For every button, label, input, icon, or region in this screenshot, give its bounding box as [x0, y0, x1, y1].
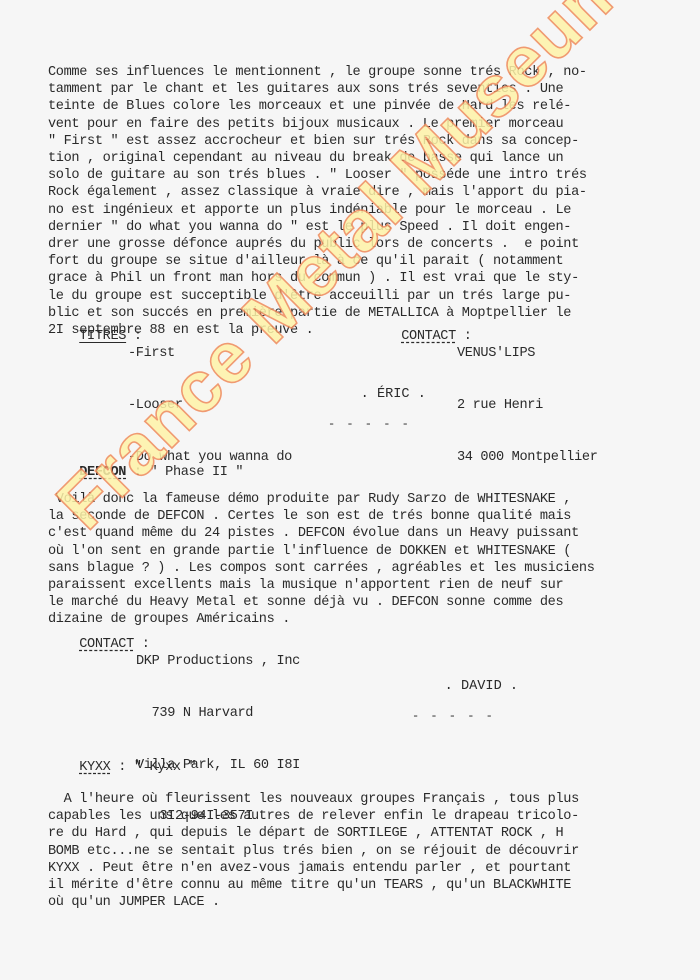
body-line: il mérite d'être connu au même titre qu'…: [48, 877, 579, 894]
signature-eric: . ÉRIC . - - - - -: [328, 369, 426, 462]
body-line: grace à Phil un front man hors du commun…: [48, 270, 587, 287]
body-line: teinte de Blues colore les morceaux et u…: [48, 98, 587, 115]
body-line: dernier " do what you wanna do " est le …: [48, 219, 587, 236]
article3-heading: KYXX : " Kyxx ": [48, 742, 196, 794]
body-line: tamment par le chant et les guitares aux…: [48, 81, 587, 98]
body-line: tion , original cependant au niveau du b…: [48, 150, 587, 167]
body-line: Voilà donc la fameuse démo produite par …: [48, 491, 595, 508]
article2-band-name: DEFCON: [79, 465, 126, 480]
typewritten-page: Comme ses influences le mentionnent , le…: [0, 0, 700, 980]
body-line: re du Hard , qui depuis le départ de SOR…: [48, 825, 579, 842]
body-line: fort du groupe se situe d'ailleur là à c…: [48, 253, 587, 270]
article3-heading-title: : " Kyxx ": [110, 760, 196, 775]
contact1-line: VENUS'LIPS: [457, 345, 598, 362]
article2-body: Voilà donc la fameuse démo produite par …: [48, 491, 595, 629]
body-line: Comme ses influences le mentionnent , le…: [48, 64, 587, 81]
body-line: capables les uns que les autres de relev…: [48, 808, 579, 825]
body-line: A l'heure où fleurissent les nouveaux gr…: [48, 791, 579, 808]
signature-david-text: . DAVID .: [445, 679, 518, 694]
titles-label: TITRES: [79, 329, 126, 344]
body-line: drer une grosse défonce auprés du public…: [48, 236, 587, 253]
body-line: sans blague ? ) . Les compos sont carrée…: [48, 560, 595, 577]
contact2-line: DKP Productions , Inc: [136, 653, 300, 670]
article1-body: Comme ses influences le mentionnent , le…: [48, 64, 587, 339]
body-line: " First " est assez accrocheur et bien s…: [48, 133, 587, 150]
signature-david: . DAVID . - - - - -: [412, 661, 518, 754]
contact1-line: 2 rue Henri: [457, 397, 598, 414]
article3-band-name: KYXX: [79, 760, 110, 775]
contact2-label: CONTACT: [79, 637, 134, 652]
contact2-line: 739 N Harvard: [136, 705, 300, 722]
body-line: le marché du Heavy Metal et sonne déjà v…: [48, 594, 595, 611]
article3-body: A l'heure où fleurissent les nouveaux gr…: [48, 791, 579, 911]
article2-heading-title: : " Phase II ": [126, 465, 243, 480]
body-line: vent pour en faire des petits bijoux mus…: [48, 116, 587, 133]
signature-eric-dashes: - - - - -: [328, 420, 426, 428]
contact1-label: CONTACT: [401, 329, 456, 344]
contact1-line: 34 000 Montpellier: [457, 449, 598, 466]
body-line: paraissent excellents mais la musique n'…: [48, 577, 595, 594]
body-line: c'est quand même du 24 pistes . DEFCON é…: [48, 525, 595, 542]
body-line: où l'on sent en grande partie l'influenc…: [48, 543, 595, 560]
contact1-address: VENUS'LIPS 2 rue Henri 34 000 Montpellie…: [457, 311, 598, 500]
body-line: la seconde de DEFCON . Certes le son est…: [48, 508, 595, 525]
title-item: -First: [128, 345, 292, 362]
body-line: où qu'un JUMPER LACE .: [48, 894, 579, 911]
body-line: solo de guitare au son trés blues . " Lo…: [48, 167, 587, 184]
body-line: no est ingénieux et apporte un plus indé…: [48, 202, 587, 219]
body-line: Rock également , assez classique à vraie…: [48, 184, 587, 201]
body-line: BOMB etc...ne se sentait plus trés bien …: [48, 843, 579, 860]
body-line: KYXX . Peut être n'en avez-vous jamais e…: [48, 860, 579, 877]
title-item: -Looser: [128, 397, 292, 414]
body-line: le du groupe est succeptible d'être acce…: [48, 288, 587, 305]
signature-david-dashes: - - - - -: [412, 712, 518, 720]
signature-eric-text: . ÉRIC .: [361, 387, 426, 402]
